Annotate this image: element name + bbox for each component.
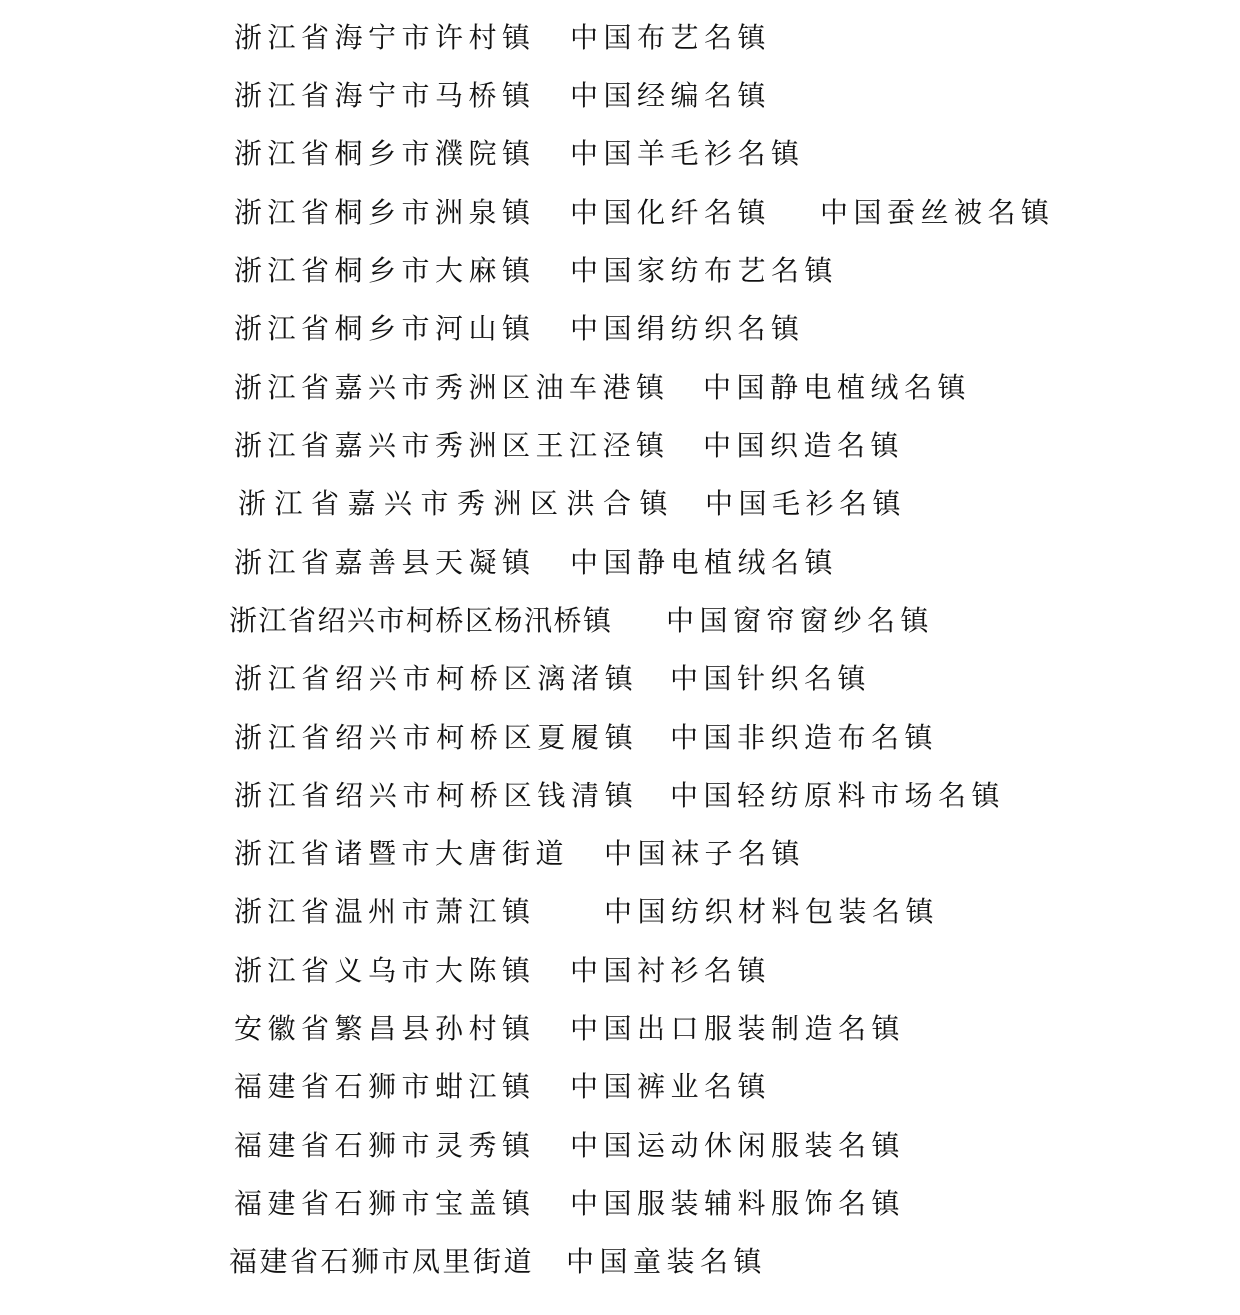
town-title: 中国化纤名镇 <box>570 193 771 233</box>
town-title: 中国蚕丝被名镇 <box>820 193 1055 233</box>
town-title: 中国非织造布名镇 <box>670 718 938 758</box>
place-name: 浙江省桐乡市濮院镇 <box>234 134 536 174</box>
place-name: 浙江省嘉兴市秀洲区王江泾镇 <box>234 426 670 466</box>
place-name: 浙江省温州市萧江镇 <box>234 892 536 932</box>
list-item: 福建省石狮市灵秀镇 中国运动休闲服装名镇 <box>234 1126 536 1166</box>
town-title: 中国纺织材料包装名镇 <box>604 892 939 932</box>
town-title: 中国静电植绒名镇 <box>703 368 971 408</box>
place-name: 浙江省海宁市许村镇 <box>234 18 536 58</box>
list-item: 浙江省桐乡市洲泉镇 中国化纤名镇 中国蚕丝被名镇 <box>234 193 536 233</box>
town-title: 中国绢纺织名镇 <box>570 309 805 349</box>
town-title: 中国羊毛衫名镇 <box>570 134 805 174</box>
town-title: 中国轻纺原料市场名镇 <box>670 776 1005 816</box>
list-item: 浙江省嘉兴市秀洲区洪合镇 中国毛衫名镇 <box>238 484 676 524</box>
town-title: 中国窗帘窗纱名镇 <box>666 601 934 641</box>
list-item: 浙江省绍兴市柯桥区钱清镇 中国轻纺原料市场名镇 <box>234 776 638 816</box>
place-name: 浙江省绍兴市柯桥区漓渚镇 <box>234 659 638 699</box>
place-name: 浙江省嘉兴市秀洲区洪合镇 <box>238 484 676 524</box>
list-item: 浙江省桐乡市河山镇 中国绢纺织名镇 <box>234 309 536 349</box>
town-title: 中国服装辅料服饰名镇 <box>570 1184 905 1224</box>
list-item: 浙江省诸暨市大唐街道 中国袜子名镇 <box>234 834 569 874</box>
town-title: 中国家纺布艺名镇 <box>570 251 838 291</box>
town-title: 中国布艺名镇 <box>570 18 771 58</box>
place-name: 安徽省繁昌县孙村镇 <box>234 1009 536 1049</box>
town-title: 中国出口服装制造名镇 <box>570 1009 905 1049</box>
place-name: 福建省石狮市蚶江镇 <box>234 1067 536 1107</box>
town-title: 中国袜子名镇 <box>604 834 805 874</box>
place-name: 福建省石狮市宝盖镇 <box>234 1184 536 1224</box>
list-item: 浙江省海宁市马桥镇 中国经编名镇 <box>234 76 536 116</box>
place-name: 浙江省绍兴市柯桥区钱清镇 <box>234 776 638 816</box>
list-item: 福建省石狮市宝盖镇 中国服装辅料服饰名镇 <box>234 1184 536 1224</box>
place-name: 浙江省桐乡市大麻镇 <box>234 251 536 291</box>
list-item: 浙江省嘉善县天凝镇 中国静电植绒名镇 <box>234 543 536 583</box>
town-title: 中国运动休闲服装名镇 <box>570 1126 905 1166</box>
list-item: 浙江省绍兴市柯桥区杨汛桥镇 中国窗帘窗纱名镇 <box>229 601 613 641</box>
place-name: 浙江省绍兴市柯桥区夏履镇 <box>234 718 638 758</box>
list-item: 福建省石狮市凤里街道 中国童装名镇 <box>229 1242 534 1282</box>
town-title: 中国裤业名镇 <box>570 1067 771 1107</box>
place-name: 浙江省桐乡市河山镇 <box>234 309 536 349</box>
town-title: 中国童装名镇 <box>566 1242 767 1282</box>
town-title: 中国静电植绒名镇 <box>570 543 838 583</box>
place-name: 浙江省嘉善县天凝镇 <box>234 543 536 583</box>
list-item: 安徽省繁昌县孙村镇 中国出口服装制造名镇 <box>234 1009 536 1049</box>
place-name: 浙江省绍兴市柯桥区杨汛桥镇 <box>229 601 613 641</box>
place-name: 浙江省义乌市大陈镇 <box>234 951 536 991</box>
place-name: 浙江省海宁市马桥镇 <box>234 76 536 116</box>
list-item: 浙江省桐乡市大麻镇 中国家纺布艺名镇 <box>234 251 536 291</box>
place-name: 浙江省嘉兴市秀洲区油车港镇 <box>234 368 670 408</box>
town-title: 中国织造名镇 <box>703 426 904 466</box>
list-item: 浙江省绍兴市柯桥区漓渚镇 中国针织名镇 <box>234 659 638 699</box>
place-name: 福建省石狮市凤里街道 <box>229 1242 534 1282</box>
town-title: 中国衬衫名镇 <box>570 951 771 991</box>
list-item: 浙江省海宁市许村镇 中国布艺名镇 <box>234 18 536 58</box>
list-item: 浙江省义乌市大陈镇 中国衬衫名镇 <box>234 951 536 991</box>
list-item: 浙江省绍兴市柯桥区夏履镇 中国非织造布名镇 <box>234 718 638 758</box>
place-name: 福建省石狮市灵秀镇 <box>234 1126 536 1166</box>
town-title: 中国经编名镇 <box>570 76 771 116</box>
place-name: 浙江省桐乡市洲泉镇 <box>234 193 536 233</box>
list-item: 浙江省嘉兴市秀洲区王江泾镇 中国织造名镇 <box>234 426 670 466</box>
town-title: 中国针织名镇 <box>670 659 871 699</box>
town-title: 中国毛衫名镇 <box>705 484 906 524</box>
list-item: 浙江省温州市萧江镇 中国纺织材料包装名镇 <box>234 892 536 932</box>
list-item: 福建省石狮市蚶江镇 中国裤业名镇 <box>234 1067 536 1107</box>
list-item: 浙江省桐乡市濮院镇 中国羊毛衫名镇 <box>234 134 536 174</box>
list-item: 浙江省嘉兴市秀洲区油车港镇 中国静电植绒名镇 <box>234 368 670 408</box>
place-name: 浙江省诸暨市大唐街道 <box>234 834 569 874</box>
